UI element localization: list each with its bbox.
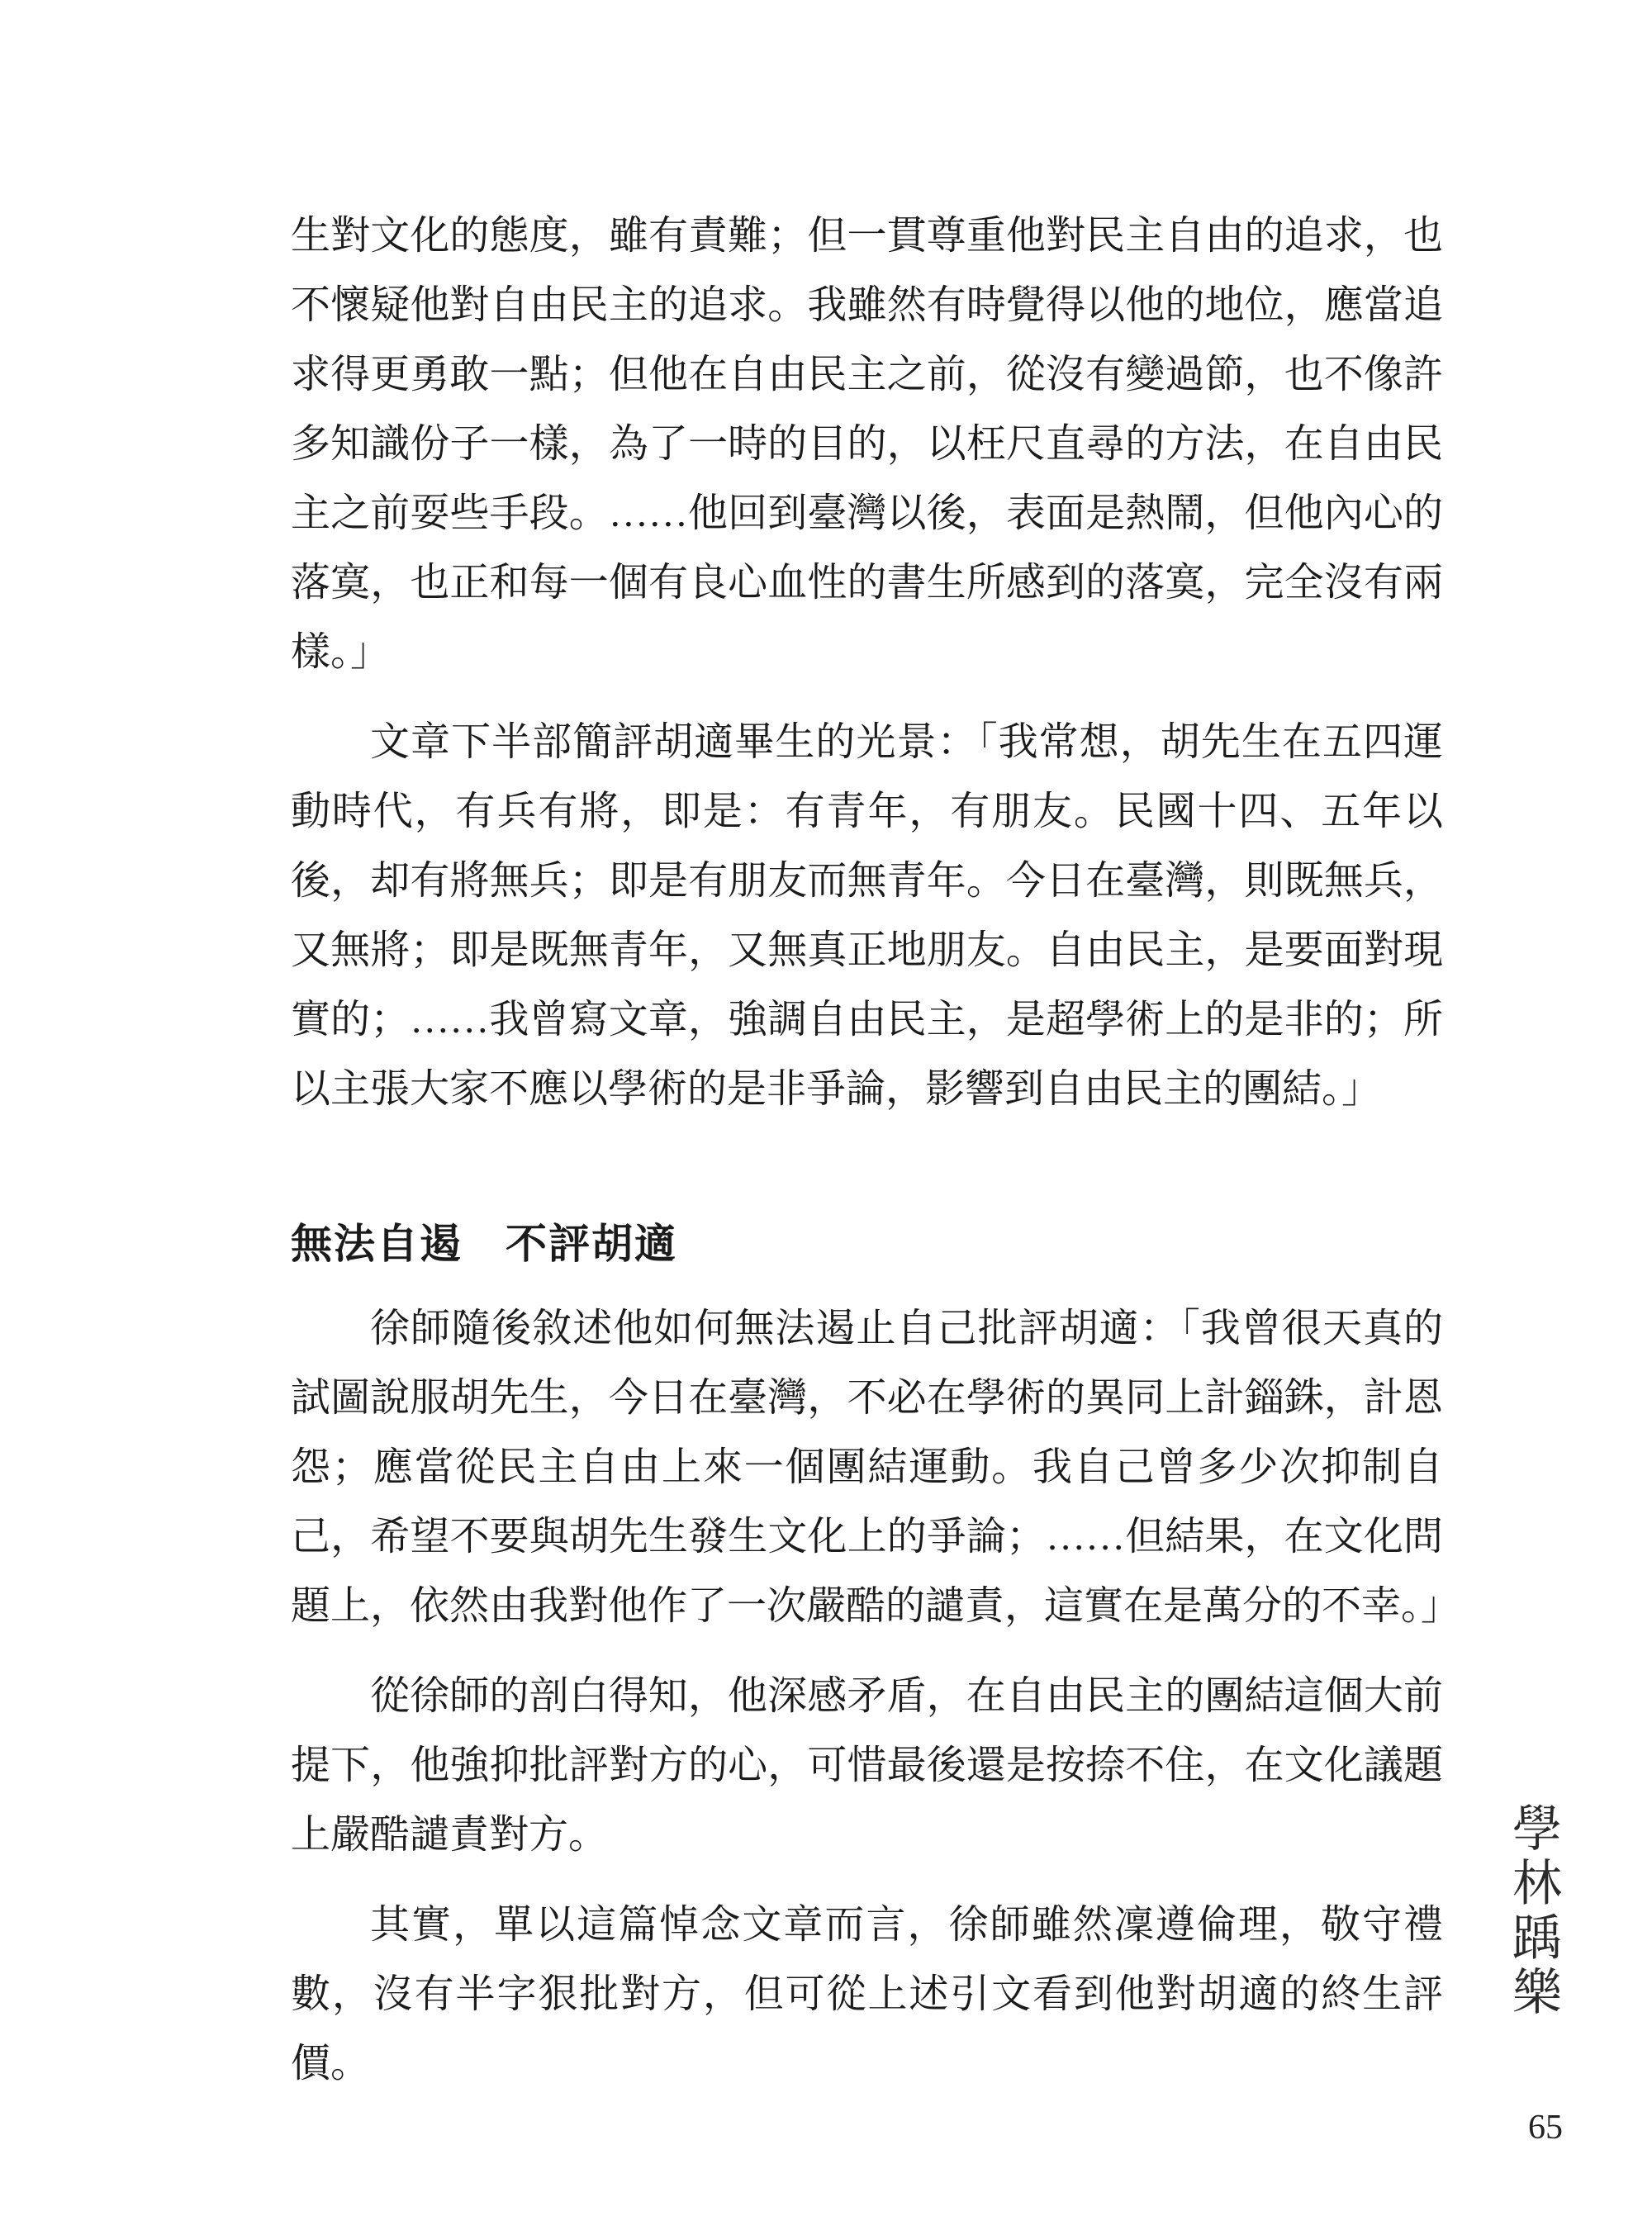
paragraph: 其實，單以這篇悼念文章而言，徐師雖然凜遵倫理，敬守禮數，沒有半字狠批對方，但可從… — [291, 1891, 1443, 2099]
paragraph: 徐師隨後敘述他如何無法遏止自己批評胡適：「我曾很天真的試圖說服胡先生，今日在臺灣… — [291, 1294, 1443, 1641]
paragraph: 文章下半部簡評胡適畢生的光景：「我常想，胡先生在五四運動時代，有兵有將，即是：有… — [291, 708, 1443, 1124]
page-number: 65 — [1528, 2108, 1563, 2147]
text-column: 生對文化的態度，雖有責難；但一貫尊重他對民主自由的追求，也不懷疑他對自由民主的追… — [291, 0, 1443, 2119]
running-title-calligraphy: 學林踽樂 — [1495, 1802, 1571, 2020]
book-page: 生對文化的態度，雖有責難；但一貫尊重他對民主自由的追求，也不懷疑他對自由民主的追… — [0, 0, 1652, 2235]
paragraph-continued: 生對文化的態度，雖有責難；但一貫尊重他對民主自由的追求，也不懷疑他對自由民主的追… — [291, 202, 1443, 687]
section-heading: 無法自遏 不評胡適 — [291, 1209, 1443, 1279]
paragraph: 從徐師的剖白得知，他深感矛盾，在自由民主的團結這個大前提下，他強抑批評對方的心，… — [291, 1662, 1443, 1870]
